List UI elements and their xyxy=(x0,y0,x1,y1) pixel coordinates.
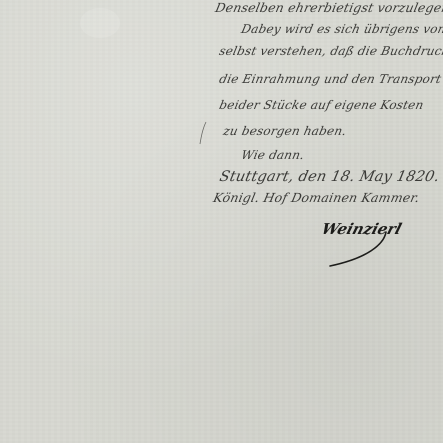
letter-line-6: zu besorgen haben. xyxy=(222,124,348,138)
signature: Weinzierl xyxy=(318,218,398,270)
signature-flourish-icon xyxy=(318,218,398,270)
letter-line-1: Denselben ehrerbietigst vorzulegen. xyxy=(214,0,443,15)
issuing-office: Königl. Hof Domainen Kammer. xyxy=(212,190,421,205)
paper-watermark xyxy=(80,8,120,38)
letter-line-5: beider Stücke auf eigene Kosten xyxy=(218,98,425,112)
letter-line-4: die Einrahmung und den Transport xyxy=(218,72,443,86)
letter-line-2: Dabey wird es sich übrigens von xyxy=(240,22,443,36)
dateline: Stuttgart, den 18. May 1820. xyxy=(218,169,441,185)
margin-pen-stroke xyxy=(198,120,208,146)
letter-line-3: selbst verstehen, daß die Buchdrucker xyxy=(218,44,443,58)
letter-closing: Wie dann. xyxy=(240,148,306,162)
